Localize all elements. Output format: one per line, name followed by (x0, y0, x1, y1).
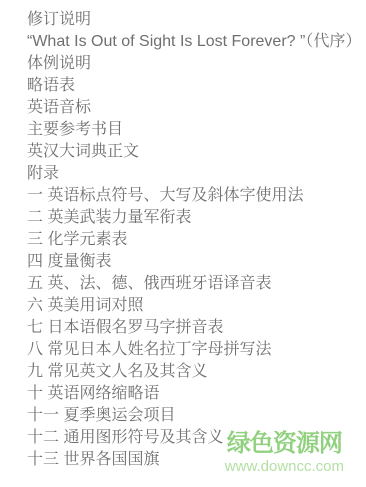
toc-page: 修订说明“What Is Out of Sight Is Lost Foreve… (0, 0, 366, 487)
toc-line: 八 常见日本人姓名拉丁字母拼写法 (27, 339, 361, 361)
toc-line: 六 英美用词对照 (27, 295, 361, 317)
site-watermark: 绿色资源网 www.downcc.com (225, 432, 344, 474)
watermark-site-url: www.downcc.com (225, 459, 344, 474)
toc-line: 英汉大词典正文 (27, 141, 361, 163)
toc-line: 十一 夏季奥运会项目 (27, 405, 361, 427)
toc-line: 九 常见英文人名及其含义 (27, 361, 361, 383)
toc-line: 五 英、法、德、俄西班牙语译音表 (27, 273, 361, 295)
toc-line: 体例说明 (27, 53, 361, 75)
toc-line: 主要参考书目 (27, 119, 361, 141)
toc-line: 七 日本语假名罗马字拼音表 (27, 317, 361, 339)
toc-line: 一 英语标点符号、大写及斜体字使用法 (27, 185, 361, 207)
toc-line: 修订说明 (27, 9, 361, 31)
toc-line: 附录 (27, 163, 361, 185)
toc-line: 略语表 (27, 75, 361, 97)
toc-list: 修订说明“What Is Out of Sight Is Lost Foreve… (27, 9, 361, 471)
toc-line: 三 化学元素表 (27, 229, 361, 251)
toc-line: “What Is Out of Sight Is Lost Forever? ”… (27, 31, 361, 53)
toc-line: 十 英语网络缩略语 (27, 383, 361, 405)
watermark-site-name: 绿色资源网 (225, 432, 344, 456)
toc-line: 四 度量衡表 (27, 251, 361, 273)
toc-line: 英语音标 (27, 97, 361, 119)
toc-line: 二 英美武装力量军衔表 (27, 207, 361, 229)
